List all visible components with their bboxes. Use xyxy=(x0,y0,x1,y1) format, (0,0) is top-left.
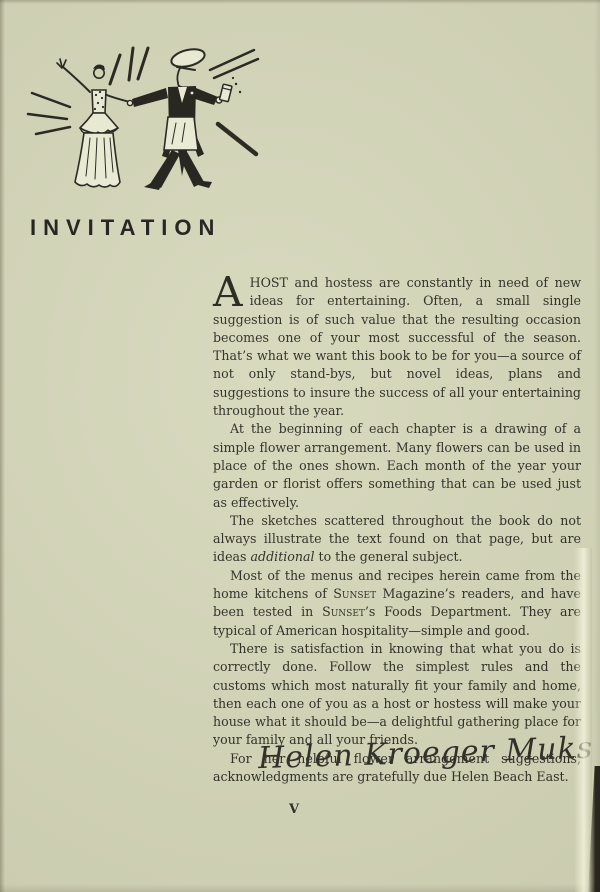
body-text: AHOST and hostess are constantly in need… xyxy=(213,274,581,786)
book-page-scan: INVITATION AHOST and hostess are constan… xyxy=(0,0,600,892)
paragraph: At the beginning of each chapter is a dr… xyxy=(213,420,581,511)
burst-lines-icon xyxy=(110,48,148,84)
drop-cap: A xyxy=(213,274,250,308)
page-number: V xyxy=(289,802,299,817)
paragraph: Most of the menus and recipes herein cam… xyxy=(213,567,581,640)
diagonal-lines-top-right-icon xyxy=(210,50,258,78)
waiter-figure xyxy=(127,46,241,190)
radiating-lines-left-icon xyxy=(28,93,70,134)
diagonal-line-bottom-right-icon xyxy=(218,124,256,154)
scan-corner-shadow xyxy=(588,766,600,892)
paragraph: AHOST and hostess are constantly in need… xyxy=(213,274,581,420)
woman-figure xyxy=(57,59,130,187)
paragraph: The sketches scattered throughout the bo… xyxy=(213,512,581,567)
ink-drawing-svg xyxy=(20,36,260,208)
page-title: INVITATION xyxy=(30,215,221,241)
hostess-and-waiter-illustration xyxy=(20,36,260,208)
